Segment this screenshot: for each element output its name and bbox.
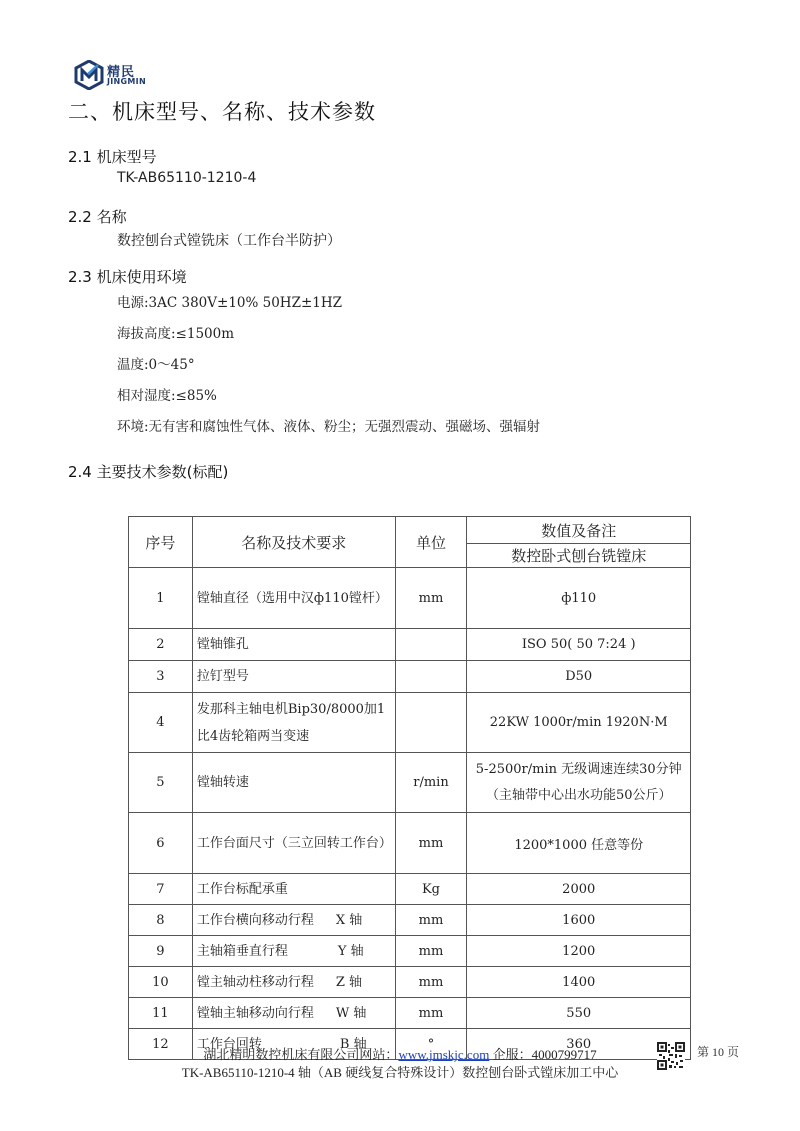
model-number: TK-AB65110-1210-4: [117, 170, 256, 186]
col-header-name: 名称及技术要求: [192, 517, 395, 568]
table-row: 2 镗轴锥孔 ISO 50( 50 7:24 ): [129, 629, 691, 661]
table-row: 6 工作台面尺寸（三立回转工作台） mm 1200*1000 任意等份: [129, 813, 691, 874]
row-name: 发那科主轴电机Bip30/8000加1比4齿轮箱两当变速: [192, 693, 395, 753]
row-no: 11: [129, 998, 193, 1029]
row-value: 2000: [467, 874, 691, 905]
env-humidity: 相对湿度:≤85%: [117, 384, 217, 404]
qr-code-icon: [657, 1042, 685, 1070]
row-axis: Y 轴: [338, 938, 364, 965]
row-name: 镗轴直径（选用中汉ф110镗杆）: [192, 568, 395, 629]
row-name: 工作台横向移动行程X 轴: [192, 905, 395, 936]
row-unit: r/min: [395, 753, 467, 813]
row-name: 工作台面尺寸（三立回转工作台）: [192, 813, 395, 874]
row-value: 550: [467, 998, 691, 1029]
row-no: 1: [129, 568, 193, 629]
row-no: 6: [129, 813, 193, 874]
row-value: 22KW 1000r/min 1920N·M: [467, 693, 691, 753]
row-unit: [395, 661, 467, 693]
row-value: 1200: [467, 936, 691, 967]
row-axis: Z 轴: [336, 969, 362, 996]
section-2-3-heading: 2.3 机床使用环境: [68, 266, 187, 287]
section-2-1-heading: 2.1 机床型号: [68, 146, 157, 167]
col-header-no: 序号: [129, 517, 193, 568]
table-row: 3 拉钉型号 D50: [129, 661, 691, 693]
row-name-text: 镗主轴动柱移动行程: [197, 975, 314, 990]
row-axis: X 轴: [336, 907, 362, 934]
row-value: ф110: [467, 568, 691, 629]
row-unit: mm: [395, 998, 467, 1029]
machine-name: 数控刨台式镗铣床（工作台半防护）: [117, 230, 341, 250]
page-number: 第 10 页: [697, 1043, 739, 1060]
logo-en-text: JINGMIN: [107, 77, 146, 86]
row-unit: mm: [395, 936, 467, 967]
row-value: 5-2500r/min 无级调速连续30分钟 （主轴带中心出水功能50公斤）: [467, 753, 691, 813]
table-row: 11 镗轴主轴移动向行程W 轴 mm 550: [129, 998, 691, 1029]
row-no: 7: [129, 874, 193, 905]
row-value: ISO 50( 50 7:24 ): [467, 629, 691, 661]
row-value: 1200*1000 任意等份: [467, 813, 691, 874]
row-name: 拉钉型号: [192, 661, 395, 693]
row-value: 1400: [467, 967, 691, 998]
row-unit: mm: [395, 967, 467, 998]
jingmin-logo-icon: [74, 60, 104, 90]
col-header-unit: 单位: [395, 517, 467, 568]
row-no: 5: [129, 753, 193, 813]
row-name: 镗轴转速: [192, 753, 395, 813]
row-name: 工作台标配承重: [192, 874, 395, 905]
row-value: D50: [467, 661, 691, 693]
row-name: 主轴箱垂直行程Y 轴: [192, 936, 395, 967]
table-row: 8 工作台横向移动行程X 轴 mm 1600: [129, 905, 691, 936]
section-2-2-heading: 2.2 名称: [68, 206, 127, 227]
table-row: 9 主轴箱垂直行程Y 轴 mm 1200: [129, 936, 691, 967]
env-altitude: 海拔高度:≤1500m: [117, 322, 234, 342]
row-no: 8: [129, 905, 193, 936]
table-row: 5 镗轴转速 r/min 5-2500r/min 无级调速连续30分钟 （主轴带…: [129, 753, 691, 813]
footer-website-link[interactable]: www.jmskjc.com: [398, 1047, 489, 1062]
row-no: 10: [129, 967, 193, 998]
footer-service: 企服：4000799717: [489, 1047, 596, 1062]
page-title: 二、机床型号、名称、技术参数: [68, 96, 376, 126]
company-logo: 精民 JINGMIN: [74, 60, 164, 92]
env-power: 电源:3AC 380V±10% 50HZ±1HZ: [117, 291, 342, 311]
col-header-value-sub: 数控卧式刨台铣镗床: [467, 544, 691, 568]
row-value-line1: 5-2500r/min 无级调速连续30分钟: [471, 757, 686, 783]
row-unit: mm: [395, 568, 467, 629]
env-conditions: 环境:无有害和腐蚀性气体、液体、粉尘；无强烈震动、强磁场、强辐射: [117, 415, 540, 435]
row-unit: mm: [395, 905, 467, 936]
row-unit: mm: [395, 813, 467, 874]
row-axis: W 轴: [336, 1000, 367, 1027]
env-temperature: 温度:0～45°: [117, 353, 195, 373]
table-row: 1 镗轴直径（选用中汉ф110镗杆） mm ф110: [129, 568, 691, 629]
row-no: 4: [129, 693, 193, 753]
footer-company: 湖北精明数控机床有限公司网站：: [203, 1047, 398, 1062]
table-row: 4 发那科主轴电机Bip30/8000加1比4齿轮箱两当变速 22KW 1000…: [129, 693, 691, 753]
row-value: 1600: [467, 905, 691, 936]
row-unit: [395, 629, 467, 661]
table-row: 7 工作台标配承重 Kg 2000: [129, 874, 691, 905]
table-row: 10 镗主轴动柱移动行程Z 轴 mm 1400: [129, 967, 691, 998]
row-name-text: 镗轴主轴移动向行程: [197, 1006, 314, 1021]
section-2-4-heading: 2.4 主要技术参数(标配): [68, 461, 228, 482]
row-unit: [395, 693, 467, 753]
row-name-text: 工作台横向移动行程: [197, 913, 314, 928]
row-value-line2: （主轴带中心出水功能50公斤）: [471, 783, 686, 809]
row-no: 9: [129, 936, 193, 967]
col-header-value-group: 数值及备注: [467, 517, 691, 544]
row-name: 镗主轴动柱移动行程Z 轴: [192, 967, 395, 998]
row-no: 3: [129, 661, 193, 693]
spec-table: 序号 名称及技术要求 单位 数值及备注 数控卧式刨台铣镗床 1 镗轴直径（选用中…: [128, 516, 691, 1060]
row-no: 2: [129, 629, 193, 661]
row-name: 镗轴主轴移动向行程W 轴: [192, 998, 395, 1029]
row-name: 镗轴锥孔: [192, 629, 395, 661]
row-name-text: 主轴箱垂直行程: [197, 944, 288, 959]
row-unit: Kg: [395, 874, 467, 905]
